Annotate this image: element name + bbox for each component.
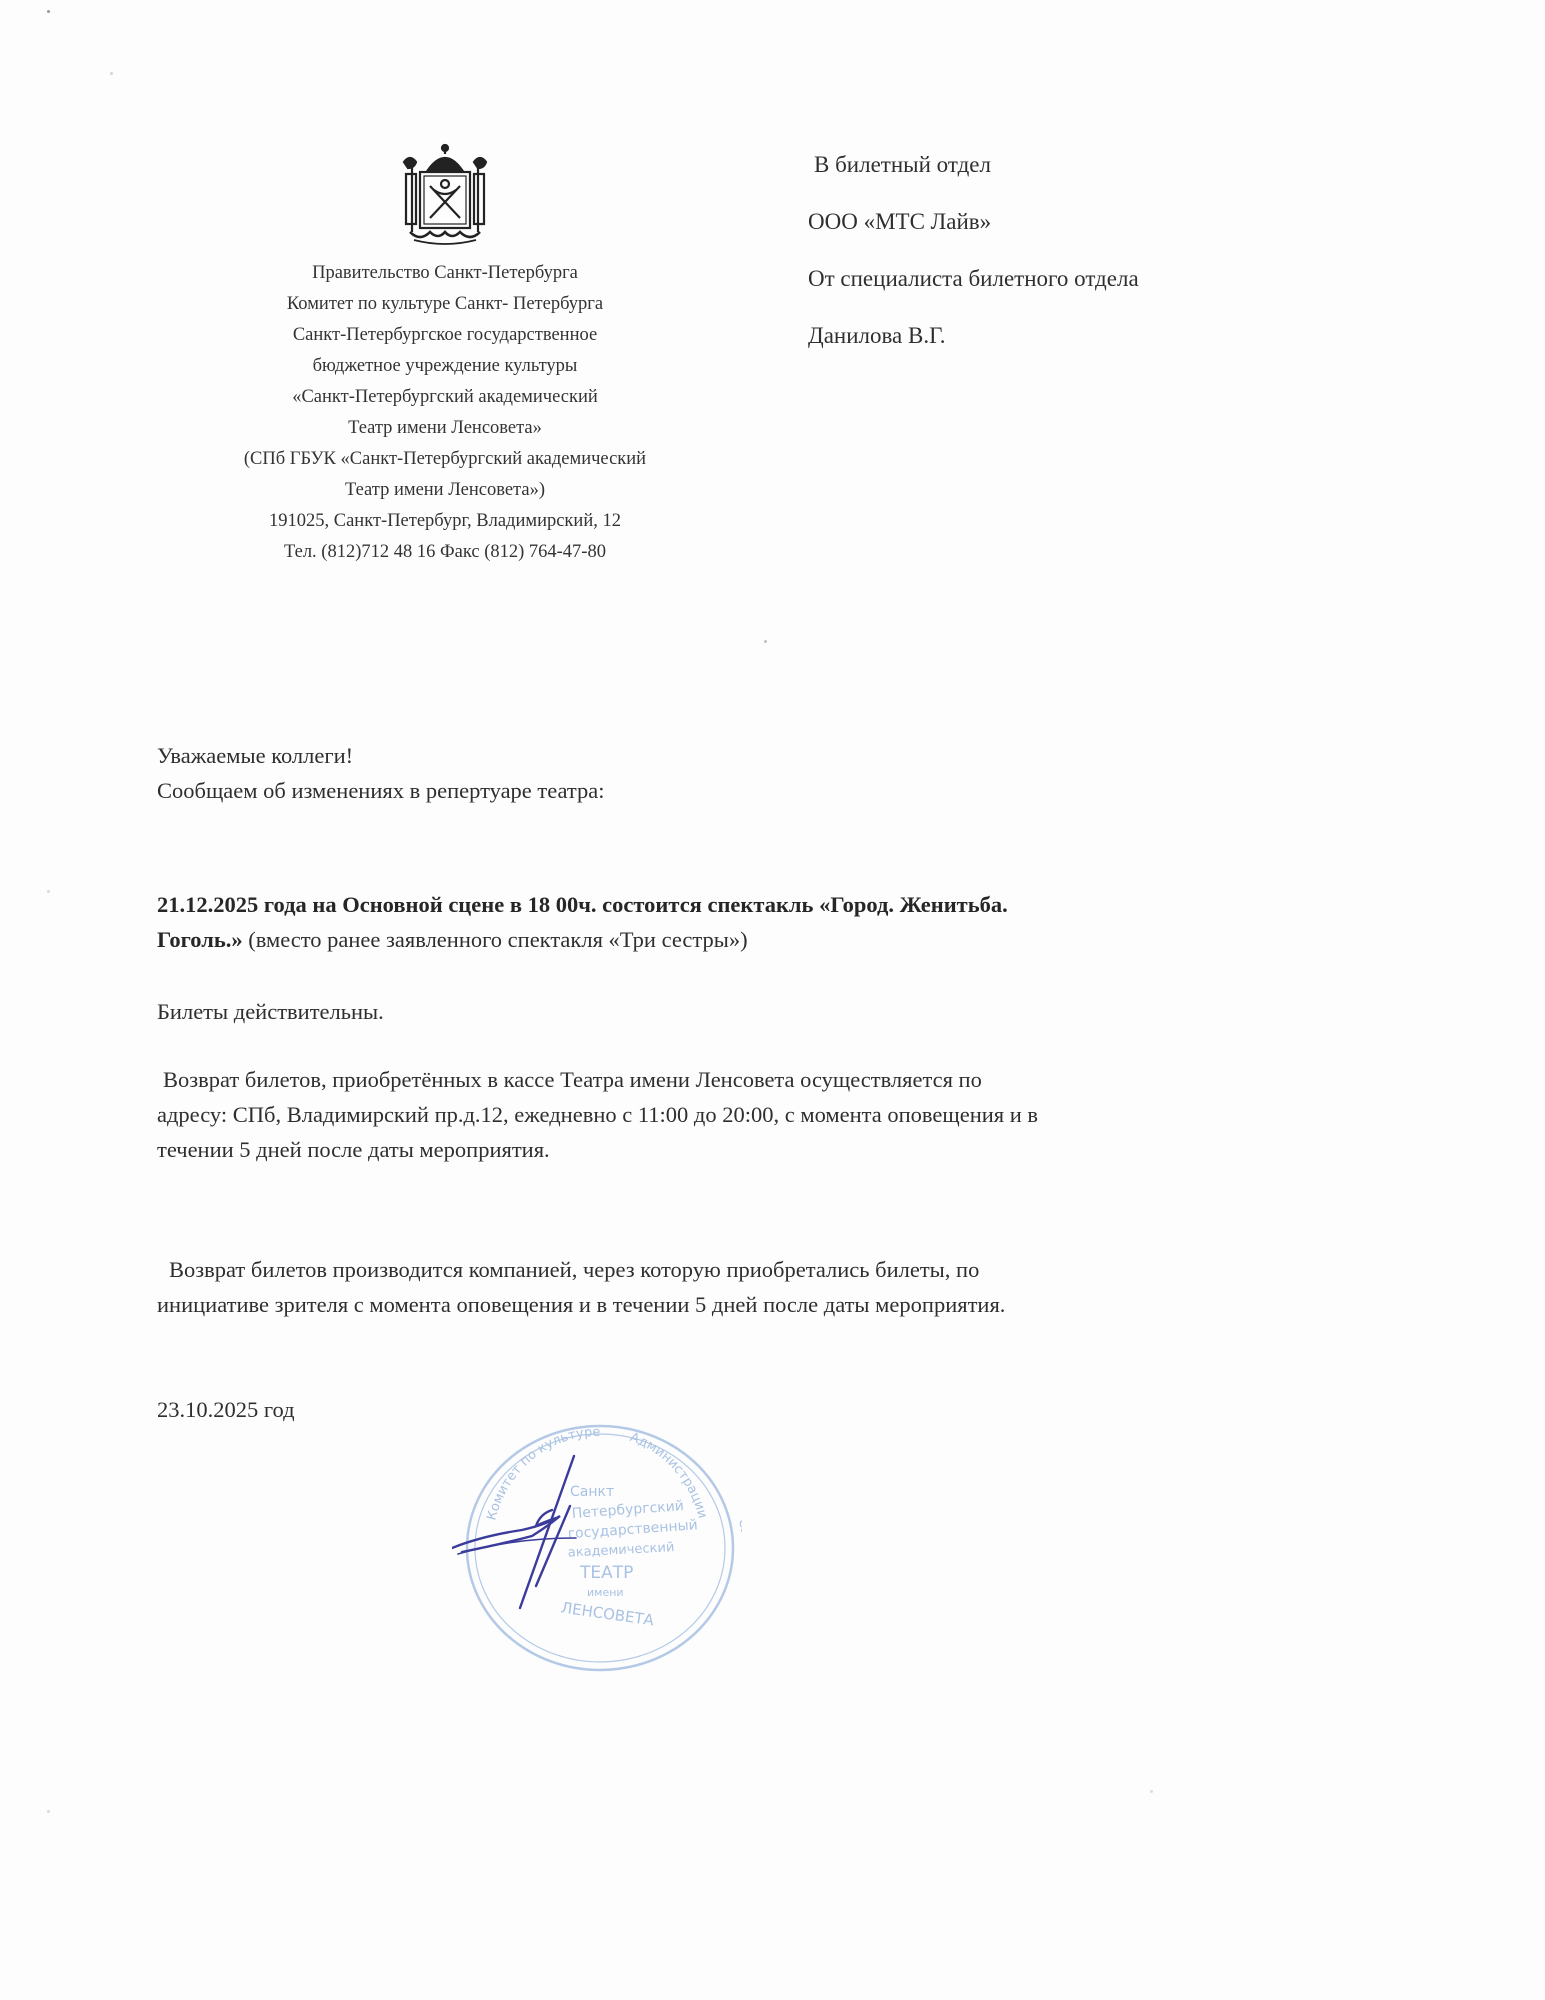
- org-line: Правительство Санкт-Петербурга: [150, 258, 740, 289]
- addressee-department: В билетный отдел: [808, 136, 1139, 193]
- addressee-block: В билетный отдел ООО «МТС Лайв» От специ…: [808, 136, 1139, 364]
- refund-line: течении 5 дней после даты мероприятия.: [157, 1132, 1038, 1167]
- refund-company-paragraph: Возврат билетов производится компанией, …: [157, 1252, 1005, 1322]
- greeting: Уважаемые коллеги!: [157, 738, 605, 773]
- tickets-valid: Билеты действительны.: [157, 994, 384, 1029]
- svg-text:ТЕАТР: ТЕАТР: [579, 1563, 633, 1583]
- scan-speck: [764, 640, 767, 643]
- play-title-end: Гоголь.»: [157, 927, 243, 952]
- refund-line: инициативе зрителя с момента оповещения …: [157, 1287, 1005, 1322]
- svg-text:имени: имени: [587, 1586, 624, 1599]
- document-date: 23.10.2025 год: [157, 1392, 295, 1427]
- scan-speck: [47, 1810, 50, 1813]
- org-line: бюджетное учреждение культуры: [150, 351, 740, 382]
- org-phone-fax: Тел. (812)712 48 16 Факс (812) 764-47-80: [150, 537, 740, 568]
- refund-line: Возврат билетов производится компанией, …: [157, 1252, 1005, 1287]
- sender-name: Данилова В.Г.: [808, 307, 1139, 364]
- org-line: Комитет по культуре Санкт- Петербурга: [150, 289, 740, 320]
- scan-speck: [47, 10, 50, 13]
- greeting-block: Уважаемые коллеги! Сообщаем об изменения…: [157, 738, 605, 808]
- org-line: Санкт-Петербургское государственное: [150, 320, 740, 351]
- svg-text:академический: академический: [567, 1540, 674, 1561]
- scan-speck: [47, 890, 50, 893]
- svg-text:ЛЕНСОВЕТА: ЛЕНСОВЕТА: [560, 1599, 656, 1630]
- org-line: Театр имени Ленсовета»: [150, 413, 740, 444]
- official-stamp-icon: Комитет по культуре Администрации Санкт …: [452, 1418, 742, 1678]
- org-line: «Санкт-Петербургский академический: [150, 382, 740, 413]
- org-line: Театр имени Ленсовета»): [150, 475, 740, 506]
- refund-box-office-paragraph: Возврат билетов, приобретённых в кассе Т…: [157, 1062, 1038, 1167]
- addressee-company: ООО «МТС Лайв»: [808, 193, 1139, 250]
- refund-line: Возврат билетов, приобретённых в кассе Т…: [157, 1062, 1038, 1097]
- announcement-line-2: Гоголь.» (вместо ранее заявленного спект…: [157, 922, 1008, 957]
- coat-of-arms-icon: [390, 140, 500, 250]
- document-page: Правительство Санкт-Петербурга Комитет п…: [0, 0, 1545, 2000]
- scan-speck: [1150, 1790, 1153, 1793]
- replacement-note: (вместо ранее заявленного спектакля «Три…: [243, 927, 748, 952]
- svg-text:Санкт: Санкт: [570, 1484, 614, 1500]
- sender-position: От специалиста билетного отдела: [808, 250, 1139, 307]
- refund-line: адресу: СПб, Владимирский пр.д.12, ежедн…: [157, 1097, 1038, 1132]
- intro-text: Сообщаем об изменениях в репертуаре теат…: [157, 773, 605, 808]
- scan-speck: [110, 72, 113, 75]
- org-address: 191025, Санкт-Петербург, Владимирский, 1…: [150, 506, 740, 537]
- announcement-line-1: 21.12.2025 года на Основной сцене в 18 0…: [157, 887, 1008, 922]
- svg-text:Санкт-Петербурга: Санкт-Петербурга: [736, 1518, 742, 1635]
- announcement-paragraph: 21.12.2025 года на Основной сцене в 18 0…: [157, 887, 1008, 957]
- organization-letterhead: Правительство Санкт-Петербурга Комитет п…: [150, 140, 740, 568]
- svg-text:государственный: государственный: [567, 1517, 698, 1542]
- org-line: (СПб ГБУК «Санкт-Петербургский академиче…: [150, 444, 740, 475]
